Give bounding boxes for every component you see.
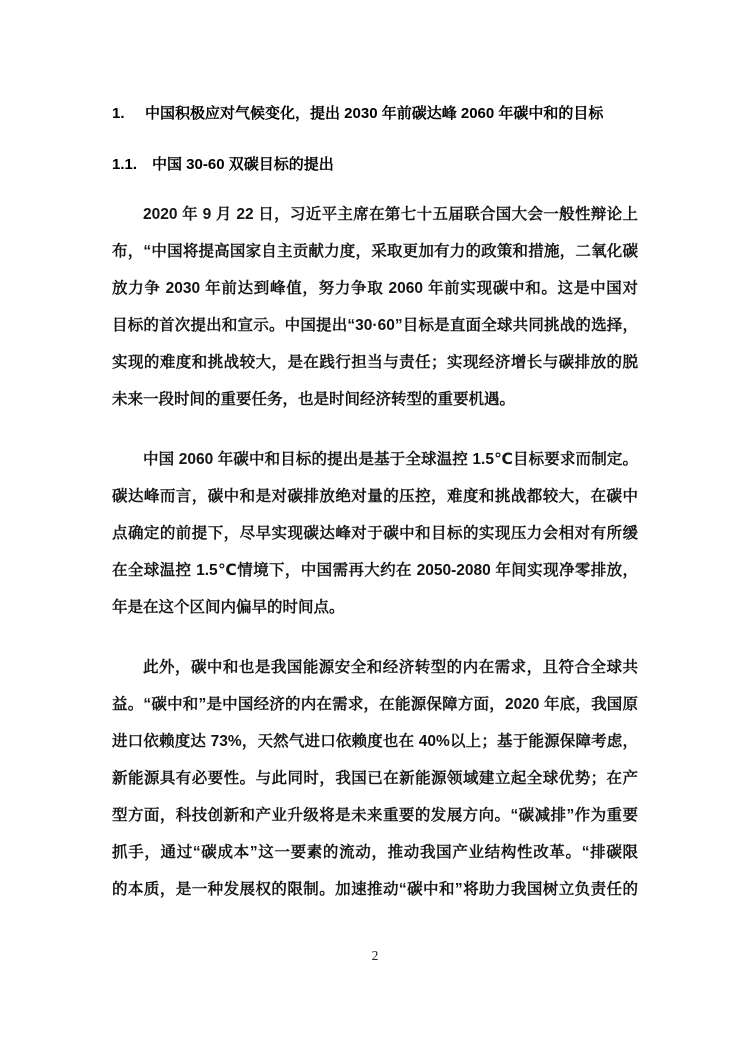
paragraph-line: 碳达峰而言，碳中和是对碳排放绝对量的压控，难度和挑战都较大，在碳中和节 (112, 478, 638, 515)
paragraph-line: 2020 年 9 月 22 日，习近平主席在第七十五届联合国大会一般性辩论上宣 (112, 196, 638, 233)
paragraph: 此外，碳中和也是我国能源安全和经济转型的内在需求，且符合全球共同利益。“碳中和”… (112, 649, 638, 908)
subsection-number: 1.1. (112, 154, 152, 176)
paragraph-line: 型方面，科技创新和产业升级将是未来重要的发展方向。“碳减排”作为重要的 (112, 797, 638, 834)
paragraph-line: 未来一段时间的重要任务，也是时间经济转型的重要机遇。 (112, 381, 638, 418)
section-title: 中国积极应对气候变化，提出 2030 年前碳达峰 2060 年碳中和的目标 (145, 103, 603, 125)
subsection-title: 中国 30-60 双碳目标的提出 (152, 154, 334, 176)
text-block: 1. 中国积极应对气候变化，提出 2030 年前碳达峰 2060 年碳中和的目标… (112, 103, 638, 908)
paragraph-line: 进口依赖度达 73%，天然气进口依赖度也在 40%以上；基于能源保障考虑，发展 (112, 723, 638, 760)
paragraph-line: 中国 2060 年碳中和目标的提出是基于全球温控 1.5℃目标要求而制定。相比 (112, 441, 638, 478)
paragraph: 中国 2060 年碳中和目标的提出是基于全球温控 1.5℃目标要求而制定。相比碳… (112, 441, 638, 626)
subsection-heading: 1.1. 中国 30-60 双碳目标的提出 (112, 154, 638, 176)
page-number: 2 (0, 948, 750, 964)
paragraph-line: 点确定的前提下，尽早实现碳达峰对于碳中和目标的实现压力会相对有所缓解； (112, 515, 638, 552)
paragraph-line: 目标的首次提出和宣示。中国提出“30·60”目标是直面全球共同挑战的选择， (112, 307, 638, 344)
paragraph-line: 的本质，是一种发展权的限制。加速推动“碳中和”将助力我国树立负责任的大 (112, 871, 638, 908)
paragraph-line: 放力争 2030 年前达到峰值，努力争取 2060 年前实现碳中和。这是中国对“… (112, 270, 638, 307)
paragraph-line: 实现的难度和挑战较大，是在践行担当与责任；实现经济增长与碳排放的脱钩是 (112, 344, 638, 381)
paragraph-line: 新能源具有必要性。与此同时，我国已在新能源领域建立起全球优势；在产业转 (112, 760, 638, 797)
paragraph-line: 益。“碳中和”是中国经济的内在需求，在能源保障方面，2020 年底，我国原油 (112, 686, 638, 723)
paragraph-line: 抓手，通过“碳成本”这一要素的流动，推动我国产业结构性改革。“排碳限制” (112, 834, 638, 871)
body-paragraphs: 2020 年 9 月 22 日，习近平主席在第七十五届联合国大会一般性辩论上宣布… (112, 196, 638, 908)
paragraph: 2020 年 9 月 22 日，习近平主席在第七十五届联合国大会一般性辩论上宣布… (112, 196, 638, 418)
section-number: 1. (112, 103, 145, 125)
section-heading: 1. 中国积极应对气候变化，提出 2030 年前碳达峰 2060 年碳中和的目标 (112, 103, 638, 125)
document-page: 1. 中国积极应对气候变化，提出 2030 年前碳达峰 2060 年碳中和的目标… (0, 0, 750, 1060)
paragraph-line: 在全球温控 1.5℃情境下，中国需再大约在 2050-2080 年间实现净零排放… (112, 552, 638, 589)
paragraph-line: 年是在这个区间内偏早的时间点。 (112, 589, 638, 626)
paragraph-line: 布，“中国将提高国家自主贡献力度，采取更加有力的政策和措施，二氧化碳排 (112, 233, 638, 270)
paragraph-line: 此外，碳中和也是我国能源安全和经济转型的内在需求，且符合全球共同利 (112, 649, 638, 686)
